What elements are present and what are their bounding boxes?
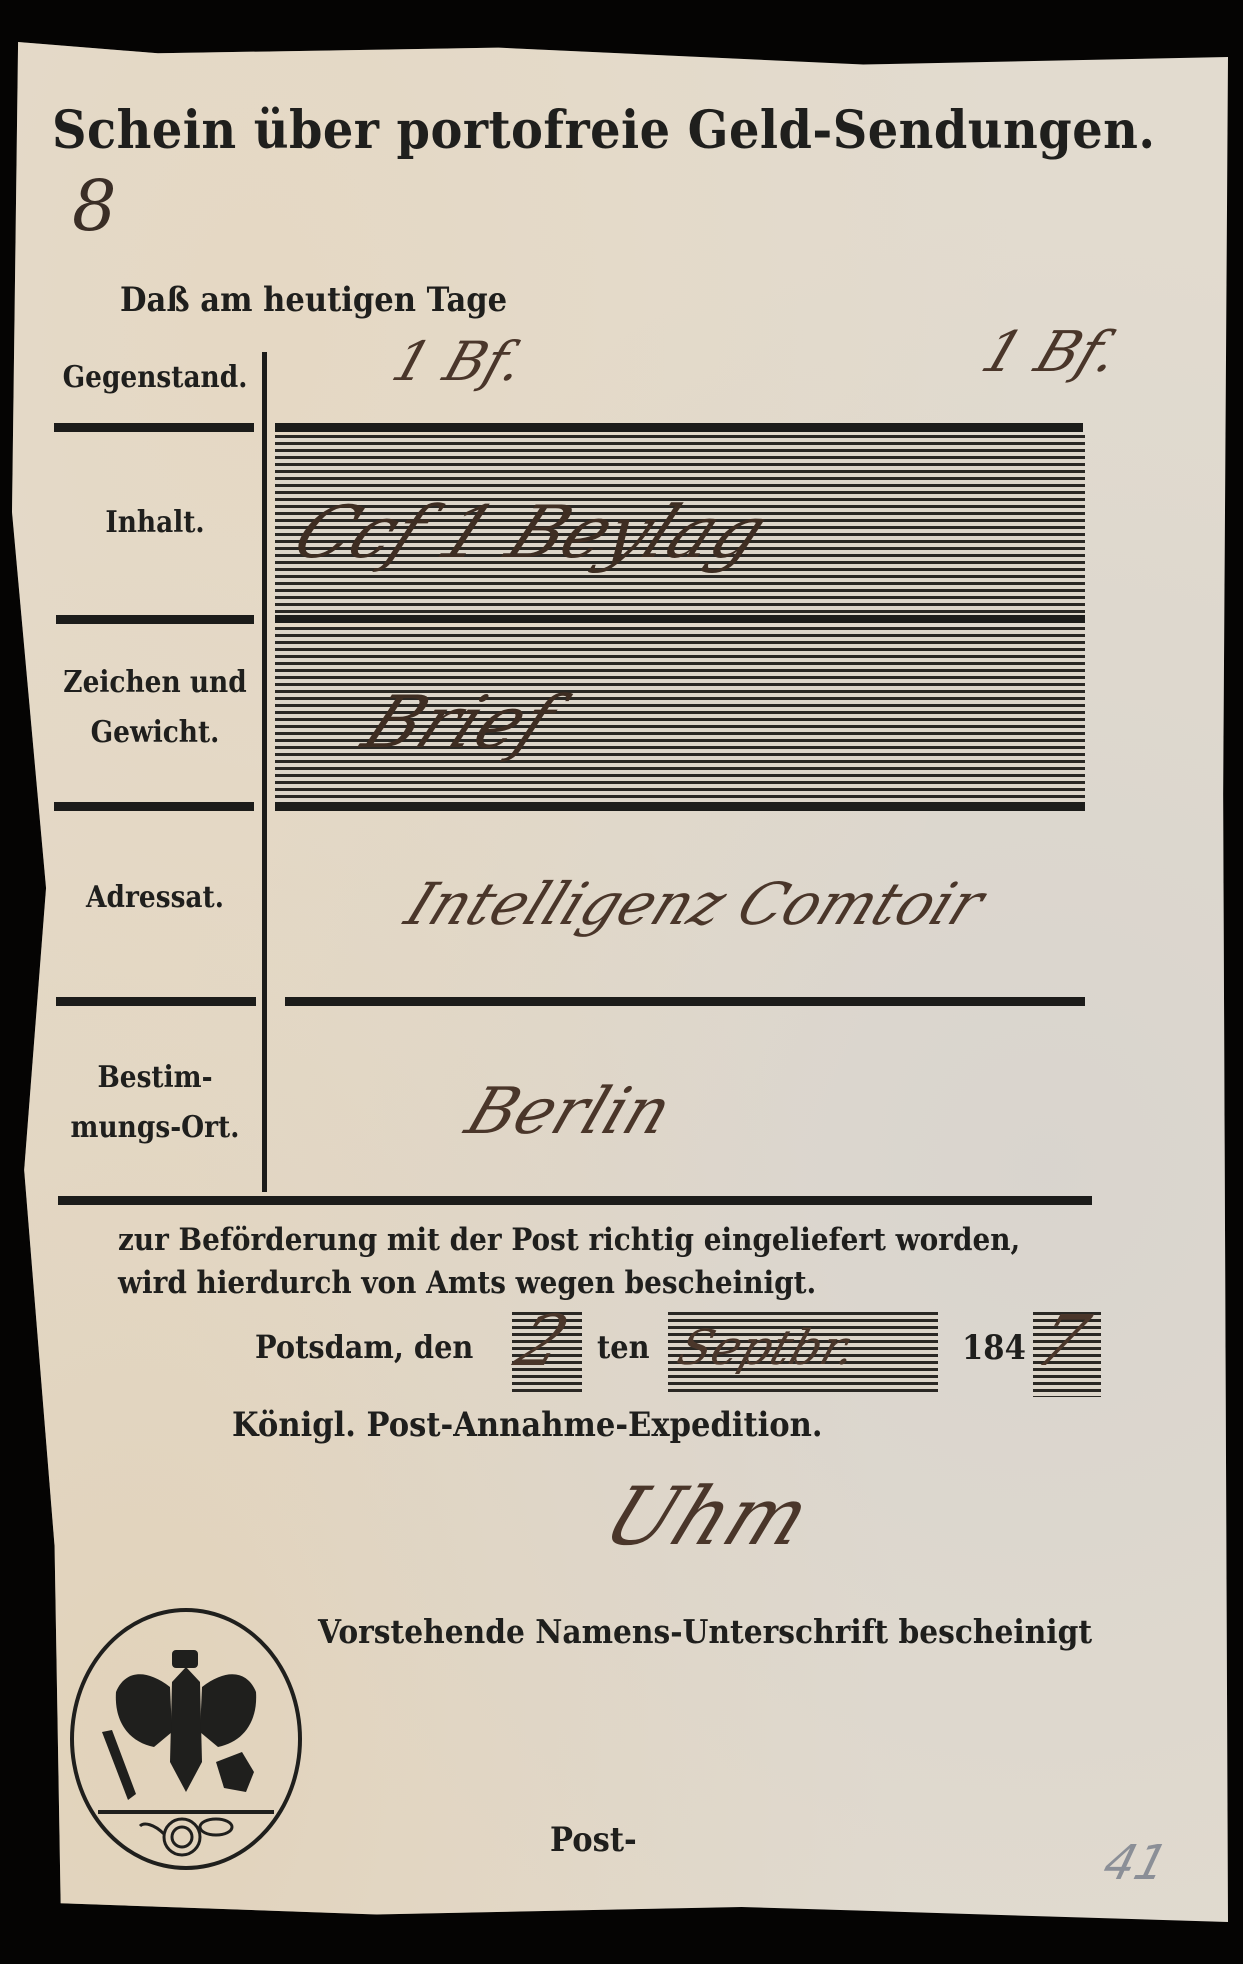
left-rule-1: [54, 423, 254, 432]
office-name: Königl. Post-Annahme-Expedition.: [232, 1405, 823, 1445]
date-day-suffix: ten: [597, 1328, 650, 1366]
right-rule-2: [275, 615, 1085, 623]
label-gewicht: Gewicht.: [63, 715, 248, 750]
handwritten-number-8: 8: [72, 165, 117, 247]
handwritten-gegenstand: 1 Bf.: [385, 330, 532, 393]
document-title: Schein über portofreie Geld-Sendungen.: [52, 100, 1155, 161]
date-place-prefix: Potsdam, den: [255, 1328, 473, 1366]
handwritten-bestimmungsort: Berlin: [457, 1075, 682, 1149]
handwritten-month: Septbr.: [671, 1320, 864, 1376]
postal-seal: [70, 1608, 302, 1870]
label-zeichen-und: Zeichen und: [63, 665, 248, 700]
right-rule-4: [285, 997, 1085, 1006]
prussian-eagle-icon: [74, 1612, 298, 1866]
label-adressat: Adressat.: [63, 880, 248, 915]
certification-line-2: wird hierdurch von Amts wegen bescheinig…: [118, 1265, 816, 1301]
label-bestim: Bestim-: [63, 1060, 248, 1095]
label-mungs-ort: mungs-Ort.: [63, 1110, 248, 1145]
date-year-prefix: 184: [962, 1328, 1026, 1368]
left-rule-3: [54, 802, 254, 811]
attestation-text: Vorstehende Namens-Unterschrift beschein…: [318, 1612, 1092, 1651]
vertical-rule: [262, 352, 267, 1192]
label-inhalt: Inhalt.: [63, 505, 248, 540]
right-rule-1: [275, 423, 1083, 432]
certification-line-1: zur Beförderung mit der Post richtig ein…: [118, 1222, 1020, 1258]
intro-text: Daß am heutigen Tage: [120, 280, 507, 320]
handwritten-gegenstand-right: 1 Bf.: [973, 320, 1128, 385]
right-rule-3: [275, 802, 1085, 811]
signature: Uhm: [591, 1470, 823, 1563]
handwritten-inhalt: Ccf 1 Beylag: [280, 490, 781, 574]
left-rule-2: [56, 615, 254, 624]
full-width-rule: [58, 1196, 1092, 1205]
label-gegenstand: Gegenstand.: [63, 360, 248, 395]
left-rule-4: [56, 997, 256, 1006]
footer-post-label: Post-: [550, 1820, 637, 1860]
handwritten-adressat: Intelligenz Comtoir: [396, 870, 994, 938]
